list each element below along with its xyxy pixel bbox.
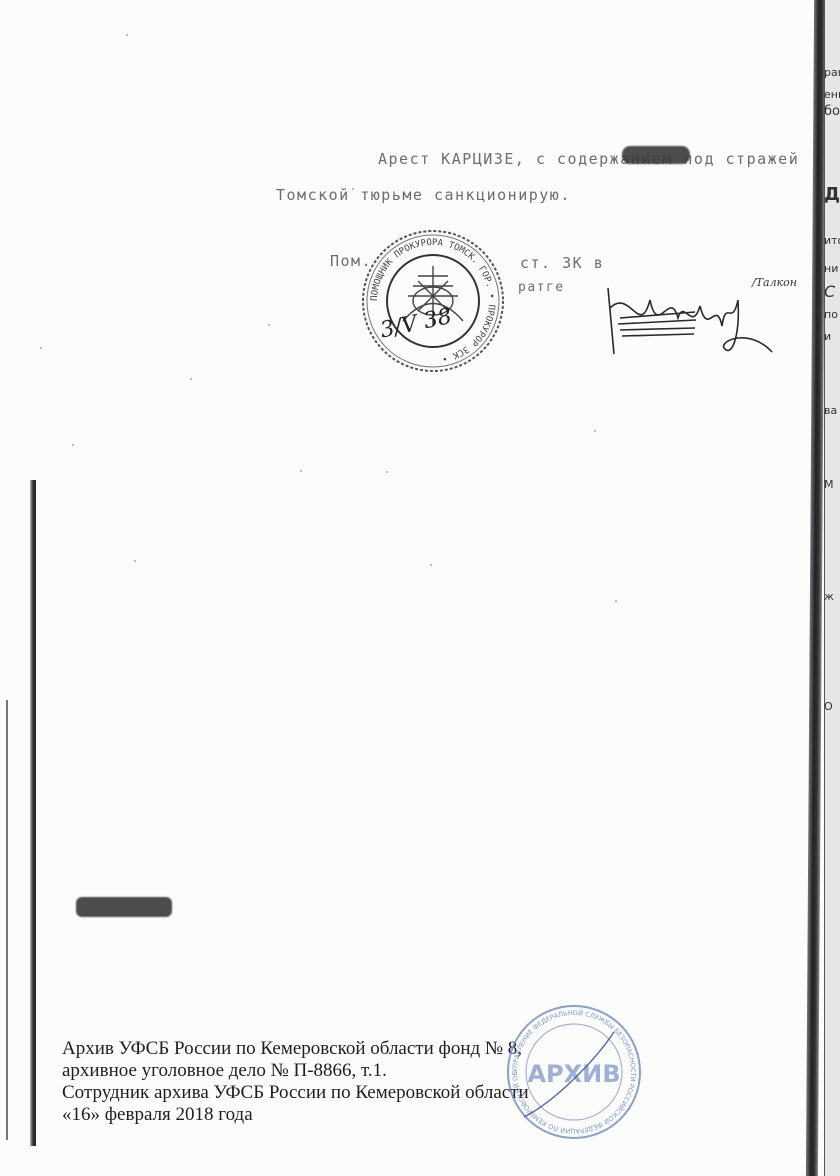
prosecutor-seal-icon: ПОМОЩНИК ПРОКУРОРА ТОМСК. ГОР. • ПРОКУРО… — [358, 226, 508, 376]
archive-stamp-icon: УПРАВЛЕНИЕ ФЕДЕРАЛЬНОЙ СЛУЖБЫ БЕЗОПАСНОС… — [504, 1002, 644, 1142]
margin-fragment: бо — [824, 104, 840, 119]
svg-text:АРХИВ: АРХИВ — [527, 1060, 620, 1088]
typed-line-sanction: Томской тюрьме санкционирую. — [276, 186, 571, 204]
margin-fragment: Д — [824, 184, 840, 205]
margin-fragment: по — [824, 308, 838, 321]
margin-fragment: С — [824, 282, 835, 301]
typed-line-arrest: Арест КАРЦИЗЕ, с содержанием под стражей — [378, 150, 799, 168]
margin-fragment: ени — [824, 88, 840, 101]
left-page-edge — [6, 700, 8, 1140]
archive-note-line: Сотрудник архива УФСБ России по Кемеровс… — [62, 1082, 529, 1104]
margin-fragment: ва — [824, 404, 837, 417]
margin-fragment: ни — [824, 262, 838, 275]
signature-line-suffix: ратге — [518, 280, 565, 295]
redaction-mark — [622, 146, 690, 164]
archive-note-line: Архив УФСБ России по Кемеровской области… — [62, 1038, 529, 1060]
margin-fragment: и — [824, 330, 831, 343]
margin-fragment: М — [824, 478, 834, 491]
archive-note-line: «16» февраля 2018 года — [62, 1104, 529, 1126]
margin-fragment: ж — [824, 590, 834, 603]
archive-note-line: архивное уголовное дело № П-8866, т.1. — [62, 1060, 529, 1082]
archive-reference-note: Архив УФСБ России по Кемеровской области… — [62, 1038, 529, 1126]
margin-fragment: рав. — [824, 66, 840, 79]
redaction-mark — [76, 897, 172, 917]
left-binding-edge — [30, 480, 36, 1146]
scanned-document-page: Арест КАРЦИЗЕ, с содержанием под стражей… — [0, 0, 840, 1176]
signature-icon — [600, 278, 790, 368]
signature-line-middle: ст. ЗК в — [520, 254, 604, 272]
right-binding-edge: рав. ени бо Д ито ни С по и ва М ж О — [794, 0, 840, 1176]
margin-fragment: О — [824, 700, 833, 713]
margin-fragment: ито — [824, 234, 840, 247]
